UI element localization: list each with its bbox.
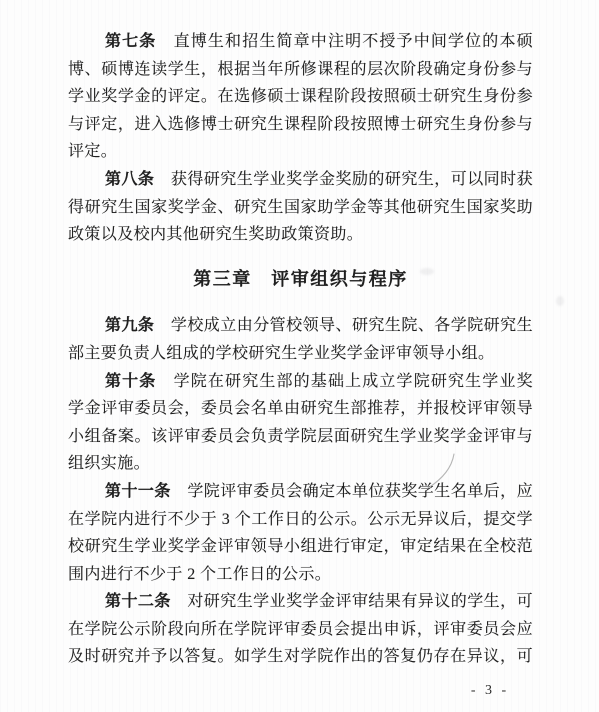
text-line: 第八条 获得研究生学业奖学金奖励的研究生，可以同时获 (68, 166, 533, 194)
text-line: 学业奖学金的评定。在选修硕士课程阶段按照硕士研究生身份参 (68, 83, 533, 111)
text-line: 围内进行不少于 2 个工作日的公示。 (68, 561, 533, 589)
line-text: 与评定，进入选修博士研究生课程阶段按照博士研究生身份参与 (68, 116, 533, 133)
line-text: 部主要负责人组成的学校研究生学业奖学金评审领导小组。 (68, 345, 494, 362)
line-text: 学金评审委员会，委员会名单由研究生部推荐，并报校评审领导 (68, 400, 533, 417)
text-line: 学金评审委员会，委员会名单由研究生部推荐，并报校评审领导 (68, 395, 533, 423)
line-text: 评定。 (68, 143, 117, 160)
article-10-paragraph: 第十条 学院在研究生部的基础上成立学院研究生学业奖 学金评审委员会，委员会名单由… (68, 368, 533, 478)
text-line: 得研究生国家奖学金、研究生国家助学金等其他研究生国家奖助 (68, 194, 533, 222)
line-text: 小组备案。该评审委员会负责学院层面研究生学业奖学金评审与 (68, 428, 533, 445)
article-12-paragraph: 第十二条 对研究生学业奖学金评审结果有异议的学生，可 在学院公示阶段向所在学院评… (68, 588, 533, 671)
article-number: 第八条 (105, 171, 154, 188)
line-text: 学校成立由分管校领导、研究生院、各学院研究生 (154, 317, 533, 334)
text-line: 在学院公示阶段向所在学院评审委员会提出申诉，评审委员会应 (68, 616, 533, 644)
article-number: 第九条 (105, 317, 154, 334)
page-number: - 3 - (452, 683, 528, 699)
line-text: 及时研究并予以答复。如学生对学院作出的答复仍存在异议，可 (68, 648, 533, 665)
line-text: 学院在研究生部的基础上成立学院研究生学业奖 (156, 373, 533, 390)
article-number: 第十一条 (105, 483, 171, 500)
text-line: 第七条 直博生和招生简章中注明不授予中间学位的本硕 (68, 28, 533, 56)
text-line: 第十一条 学院评审委员会确定本单位获奖学生名单后，应 (68, 478, 533, 506)
article-11-paragraph: 第十一条 学院评审委员会确定本单位获奖学生名单后，应 在学院内进行不少于 3 个… (68, 478, 533, 588)
text-line: 及时研究并予以答复。如学生对学院作出的答复仍存在异议，可 (68, 643, 533, 671)
line-text: 围内进行不少于 2 个工作日的公示。 (68, 566, 331, 583)
line-text: 校研究生学业奖学金评审领导小组进行审定，审定结果在全校范 (68, 538, 533, 555)
line-text: 得研究生国家奖学金、研究生国家助学金等其他研究生国家奖助 (68, 199, 533, 216)
document-content: 第七条 直博生和招生简章中注明不授予中间学位的本硕 博、硕博连读学生，根据当年所… (68, 28, 533, 671)
text-line: 部主要负责人组成的学校研究生学业奖学金评审领导小组。 (68, 340, 533, 368)
article-7-paragraph: 第七条 直博生和招生简章中注明不授予中间学位的本硕 博、硕博连读学生，根据当年所… (68, 28, 533, 166)
article-number: 第七条 (105, 33, 156, 50)
text-line: 第九条 学校成立由分管校领导、研究生院、各学院研究生 (68, 312, 533, 340)
scanned-document-page: 第七条 直博生和招生简章中注明不授予中间学位的本硕 博、硕博连读学生，根据当年所… (0, 0, 599, 712)
article-number: 第十二条 (105, 593, 171, 610)
text-line: 校研究生学业奖学金评审领导小组进行审定，审定结果在全校范 (68, 533, 533, 561)
text-line: 小组备案。该评审委员会负责学院层面研究生学业奖学金评审与 (68, 423, 533, 451)
line-text: 博、硕博连读学生，根据当年所修课程的层次阶段确定身份参与 (68, 61, 533, 78)
scan-artifact-smudge (556, 296, 564, 306)
text-line: 博、硕博连读学生，根据当年所修课程的层次阶段确定身份参与 (68, 56, 533, 84)
line-text: 对研究生学业奖学金评审结果有异议的学生，可 (171, 593, 533, 610)
article-8-paragraph: 第八条 获得研究生学业奖学金奖励的研究生，可以同时获 得研究生国家奖学金、研究生… (68, 166, 533, 249)
text-line: 第十条 学院在研究生部的基础上成立学院研究生学业奖 (68, 368, 533, 396)
text-line: 在学院内进行不少于 3 个工作日的公示。公示无异议后，提交学 (68, 506, 533, 534)
line-text: 在学院公示阶段向所在学院评审委员会提出申诉，评审委员会应 (68, 621, 533, 638)
line-text: 在学院内进行不少于 3 个工作日的公示。公示无异议后，提交学 (68, 511, 533, 528)
text-line: 组织实施。 (68, 450, 533, 478)
line-text: 获得研究生学业奖学金奖励的研究生，可以同时获 (154, 171, 533, 188)
chapter-3-heading: 第三章 评审组织与程序 (68, 266, 533, 294)
article-number: 第十条 (105, 373, 156, 390)
line-text: 组织实施。 (68, 455, 150, 472)
text-line: 政策以及校内其他研究生奖助政策资助。 (68, 221, 533, 249)
article-9-paragraph: 第九条 学校成立由分管校领导、研究生院、各学院研究生 部主要负责人组成的学校研究… (68, 312, 533, 367)
line-text: 直博生和招生简章中注明不授予中间学位的本硕 (156, 33, 533, 50)
text-line: 与评定，进入选修博士研究生课程阶段按照博士研究生身份参与 (68, 111, 533, 139)
text-line: 评定。 (68, 138, 533, 166)
text-line: 第十二条 对研究生学业奖学金评审结果有异议的学生，可 (68, 588, 533, 616)
line-text: 政策以及校内其他研究生奖助政策资助。 (68, 226, 363, 243)
line-text: 学业奖学金的评定。在选修硕士课程阶段按照硕士研究生身份参 (68, 88, 533, 105)
line-text: 学院评审委员会确定本单位获奖学生名单后，应 (171, 483, 533, 500)
